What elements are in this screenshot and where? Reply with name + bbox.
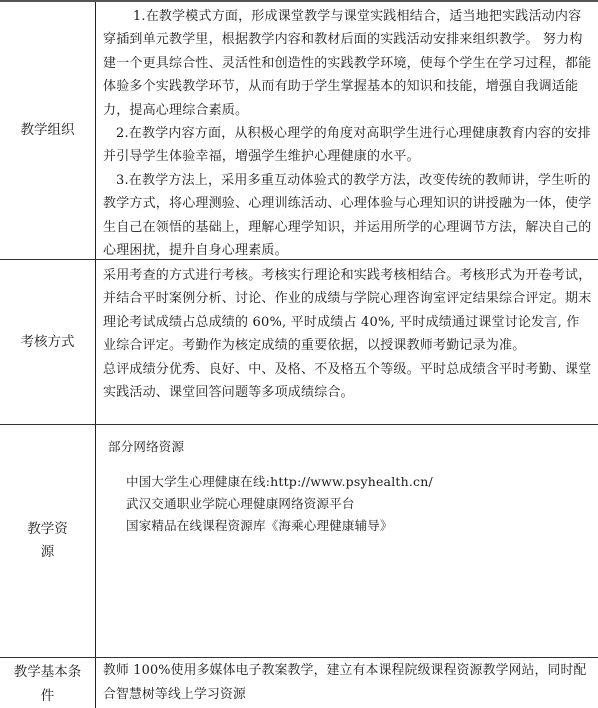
row-teaching-organization: 教学组织 1.在教学模式方面，形成课堂教学与课堂实践相结合，适当地把实践活动内容… — [0, 2, 598, 260]
paragraph: 3.在教学方法上，采用多重互动体验式的教学方法，改变传统的教师讲，学生听的教学方… — [103, 169, 592, 263]
row-label-text: 教学资源 — [22, 518, 74, 564]
row-label: 教学组织 — [0, 2, 96, 259]
row-content: 部分网络资源 中国大学生心理健康在线:http://www.psyhealth.… — [96, 425, 598, 657]
row-label-text: 教学基本条件 — [8, 660, 88, 708]
paragraph: 总评成绩分优秀、良好、中、及格、不及格五个等级。平时总成绩含平时考勤、课堂实践活… — [103, 358, 592, 405]
row-content: 采用考查的方式进行考核。考核实行理论和实践考核相结合。考核形式为开卷考试，并结合… — [96, 260, 598, 424]
row-content: 1.在教学模式方面，形成课堂教学与课堂实践相结合，适当地把实践活动内容穿插到单元… — [96, 2, 598, 259]
course-info-table: 教学组织 1.在教学模式方面，形成课堂教学与课堂实践相结合，适当地把实践活动内容… — [0, 0, 598, 708]
paragraph: 1.在教学模式方面，形成课堂教学与课堂实践相结合，适当地把实践活动内容穿插到单元… — [103, 5, 592, 122]
row-teaching-conditions: 教学基本条件 教师 100%使用多媒体电子教案教学，建立有本课程院级课程资源教学… — [0, 658, 598, 708]
row-teaching-resources: 教学资源 部分网络资源 中国大学生心理健康在线:http://www.psyhe… — [0, 425, 598, 658]
resource-item: 国家精品在线课程资源库《海乘心理健康辅导》 — [126, 515, 592, 537]
row-label: 教学资源 — [0, 425, 96, 657]
resources-title: 部分网络资源 — [108, 437, 592, 457]
resource-item: 中国大学生心理健康在线:http://www.psyhealth.cn/ — [126, 471, 592, 493]
row-label: 考核方式 — [0, 260, 96, 424]
paragraph: 教师 100%使用多媒体电子教案教学，建立有本课程院级课程资源教学网站，同时配合… — [103, 659, 592, 707]
paragraph: 2.在教学内容方面，从积极心理学的角度对高职学生进行心理健康教育内容的安排并引导… — [103, 122, 592, 169]
resource-item: 武汉交通职业学院心理健康网络资源平台 — [126, 493, 592, 515]
row-assessment-method: 考核方式 采用考查的方式进行考核。考核实行理论和实践考核相结合。考核形式为开卷考… — [0, 260, 598, 425]
row-content: 教师 100%使用多媒体电子教案教学，建立有本课程院级课程资源教学网站，同时配合… — [96, 658, 598, 708]
paragraph: 采用考查的方式进行考核。考核实行理论和实践考核相结合。考核形式为开卷考试，并结合… — [103, 264, 592, 358]
row-label: 教学基本条件 — [0, 658, 96, 708]
